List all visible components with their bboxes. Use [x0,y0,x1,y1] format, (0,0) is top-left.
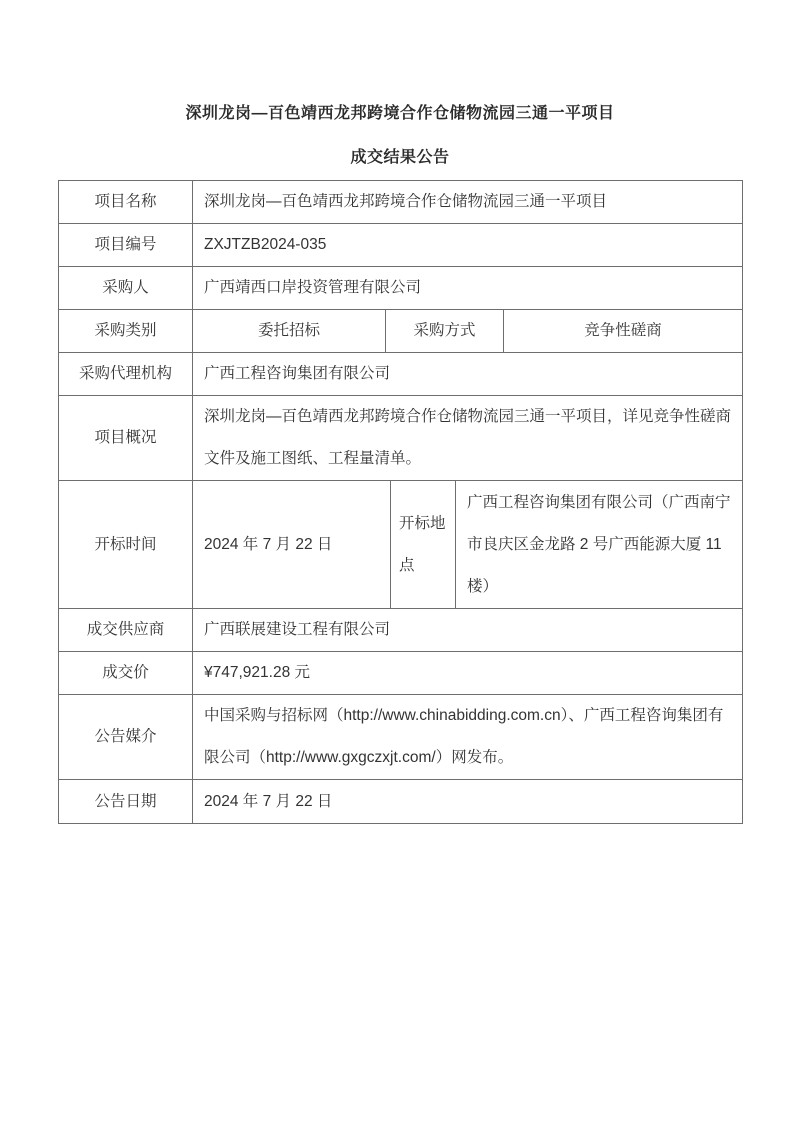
bid-opening-place-text: 广西工程咨询集团有限公司（广西南宁市良庆区金龙路 2 号广西能源大厦 11 楼） [467,482,734,608]
procurement-method-label: 采购方式 [386,310,504,352]
table-row: 公告媒介 中国采购与招标网（http://www.chinabidding.co… [59,695,742,780]
bid-opening-time-value: 2024 年 7 月 22 日 [193,481,391,608]
project-overview-label: 项目概况 [59,396,193,480]
announcement-date-value: 2024 年 7 月 22 日 [193,780,742,823]
page-title: 深圳龙岗—百色靖西龙邦跨境合作仓储物流园三通一平项目 [0,103,800,125]
announcement-media-label: 公告媒介 [59,695,193,779]
winning-supplier-label: 成交供应商 [59,609,193,651]
bid-opening-time-label: 开标时间 [59,481,193,608]
project-number-value: ZXJTZB2024-035 [193,224,742,266]
table-row: 公告日期 2024 年 7 月 22 日 [59,780,742,823]
procurement-category-value: 委托招标 [193,310,386,352]
table-row: 成交价 ¥747,921.28 元 [59,652,742,695]
project-name-value: 深圳龙岗—百色靖西龙邦跨境合作仓储物流园三通一平项目 [193,181,742,223]
bid-opening-place-label-text: 开标地点 [399,503,453,587]
announcement-media-text: 中国采购与招标网（http://www.chinabidding.com.cn）… [204,695,734,779]
table-row: 项目概况 深圳龙岗—百色靖西龙邦跨境合作仓储物流园三通一平项目，详见竞争性磋商文… [59,396,742,481]
agency-value: 广西工程咨询集团有限公司 [193,353,742,395]
table-row: 项目名称 深圳龙岗—百色靖西龙邦跨境合作仓储物流园三通一平项目 [59,181,742,224]
project-overview-text: 深圳龙岗—百色靖西龙邦跨境合作仓储物流园三通一平项目，详见竞争性磋商文件及施工图… [204,396,734,480]
bid-opening-place-value: 广西工程咨询集团有限公司（广西南宁市良庆区金龙路 2 号广西能源大厦 11 楼） [456,481,742,608]
table-row: 成交供应商 广西联展建设工程有限公司 [59,609,742,652]
procurement-category-label: 采购类别 [59,310,193,352]
table-row: 采购人 广西靖西口岸投资管理有限公司 [59,267,742,310]
winning-price-value: ¥747,921.28 元 [193,652,742,694]
table-row: 采购类别 委托招标 采购方式 竞争性磋商 [59,310,742,353]
purchaser-value: 广西靖西口岸投资管理有限公司 [193,267,742,309]
project-number-label: 项目编号 [59,224,193,266]
bid-opening-place-label: 开标地点 [391,481,456,608]
announcement-date-label: 公告日期 [59,780,193,823]
project-overview-value: 深圳龙岗—百色靖西龙邦跨境合作仓储物流园三通一平项目，详见竞争性磋商文件及施工图… [193,396,742,480]
announcement-subtitle: 成交结果公告 [0,147,800,169]
result-table: 项目名称 深圳龙岗—百色靖西龙邦跨境合作仓储物流园三通一平项目 项目编号 ZXJ… [58,180,743,824]
winning-supplier-value: 广西联展建设工程有限公司 [193,609,742,651]
announcement-media-value: 中国采购与招标网（http://www.chinabidding.com.cn）… [193,695,742,779]
document-page: 深圳龙岗—百色靖西龙邦跨境合作仓储物流园三通一平项目 成交结果公告 项目名称 深… [0,0,800,1131]
procurement-method-value: 竞争性磋商 [504,310,742,352]
table-row: 开标时间 2024 年 7 月 22 日 开标地点 广西工程咨询集团有限公司（广… [59,481,742,609]
project-name-label: 项目名称 [59,181,193,223]
agency-label: 采购代理机构 [59,353,193,395]
table-row: 项目编号 ZXJTZB2024-035 [59,224,742,267]
table-row: 采购代理机构 广西工程咨询集团有限公司 [59,353,742,396]
purchaser-label: 采购人 [59,267,193,309]
winning-price-label: 成交价 [59,652,193,694]
